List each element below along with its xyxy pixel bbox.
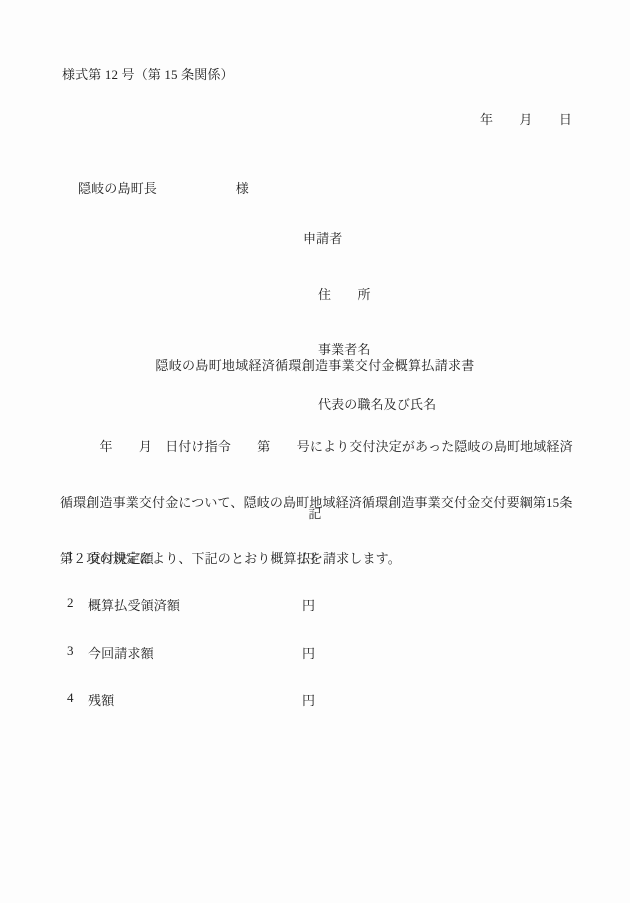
addressee-line: 隠岐の島町長 様 <box>78 178 249 197</box>
item-row-provisional-received-amount: 2 概算払受領済額 円 <box>67 595 315 614</box>
item-unit-yen: 円 <box>302 595 315 614</box>
item-label: 交付決定額 <box>88 548 302 567</box>
record-marker: 記 <box>0 503 630 522</box>
item-number: 4 <box>67 690 88 709</box>
amount-items-list: 1 交付決定額 円 2 概算払受領済額 円 3 今回請求額 円 4 残額 円 <box>67 548 567 644</box>
applicant-address-label: 住 所 <box>318 283 436 306</box>
item-unit-yen: 円 <box>302 548 315 567</box>
document-page: 様式第 12 号（第 15 条関係） 年 月 日 隠岐の島町長 様 申請者 住 … <box>0 0 630 903</box>
item-number: 1 <box>67 548 88 567</box>
item-unit-yen: 円 <box>302 643 315 662</box>
item-number: 3 <box>67 643 88 662</box>
item-unit-yen: 円 <box>302 690 315 709</box>
item-label: 残額 <box>88 690 302 709</box>
item-row-grant-decision-amount: 1 交付決定額 円 <box>67 548 315 567</box>
form-number: 様式第 12 号（第 15 条関係） <box>62 64 234 83</box>
item-label: 今回請求額 <box>88 643 302 662</box>
body-line-1: 年 月 日付け指令 第 号により交付決定があった隠岐の島町地域経済 <box>60 435 575 459</box>
item-row-remaining-amount: 4 残額 円 <box>67 690 315 709</box>
item-number: 2 <box>67 595 88 614</box>
applicant-heading: 申請者 <box>303 228 342 247</box>
date-line-blank: 年 月 日 <box>480 109 572 128</box>
item-label: 概算払受領済額 <box>88 595 302 614</box>
item-row-current-request-amount: 3 今回請求額 円 <box>67 643 315 662</box>
document-title: 隠岐の島町地域経済循環創造事業交付金概算払請求書 <box>0 355 630 374</box>
